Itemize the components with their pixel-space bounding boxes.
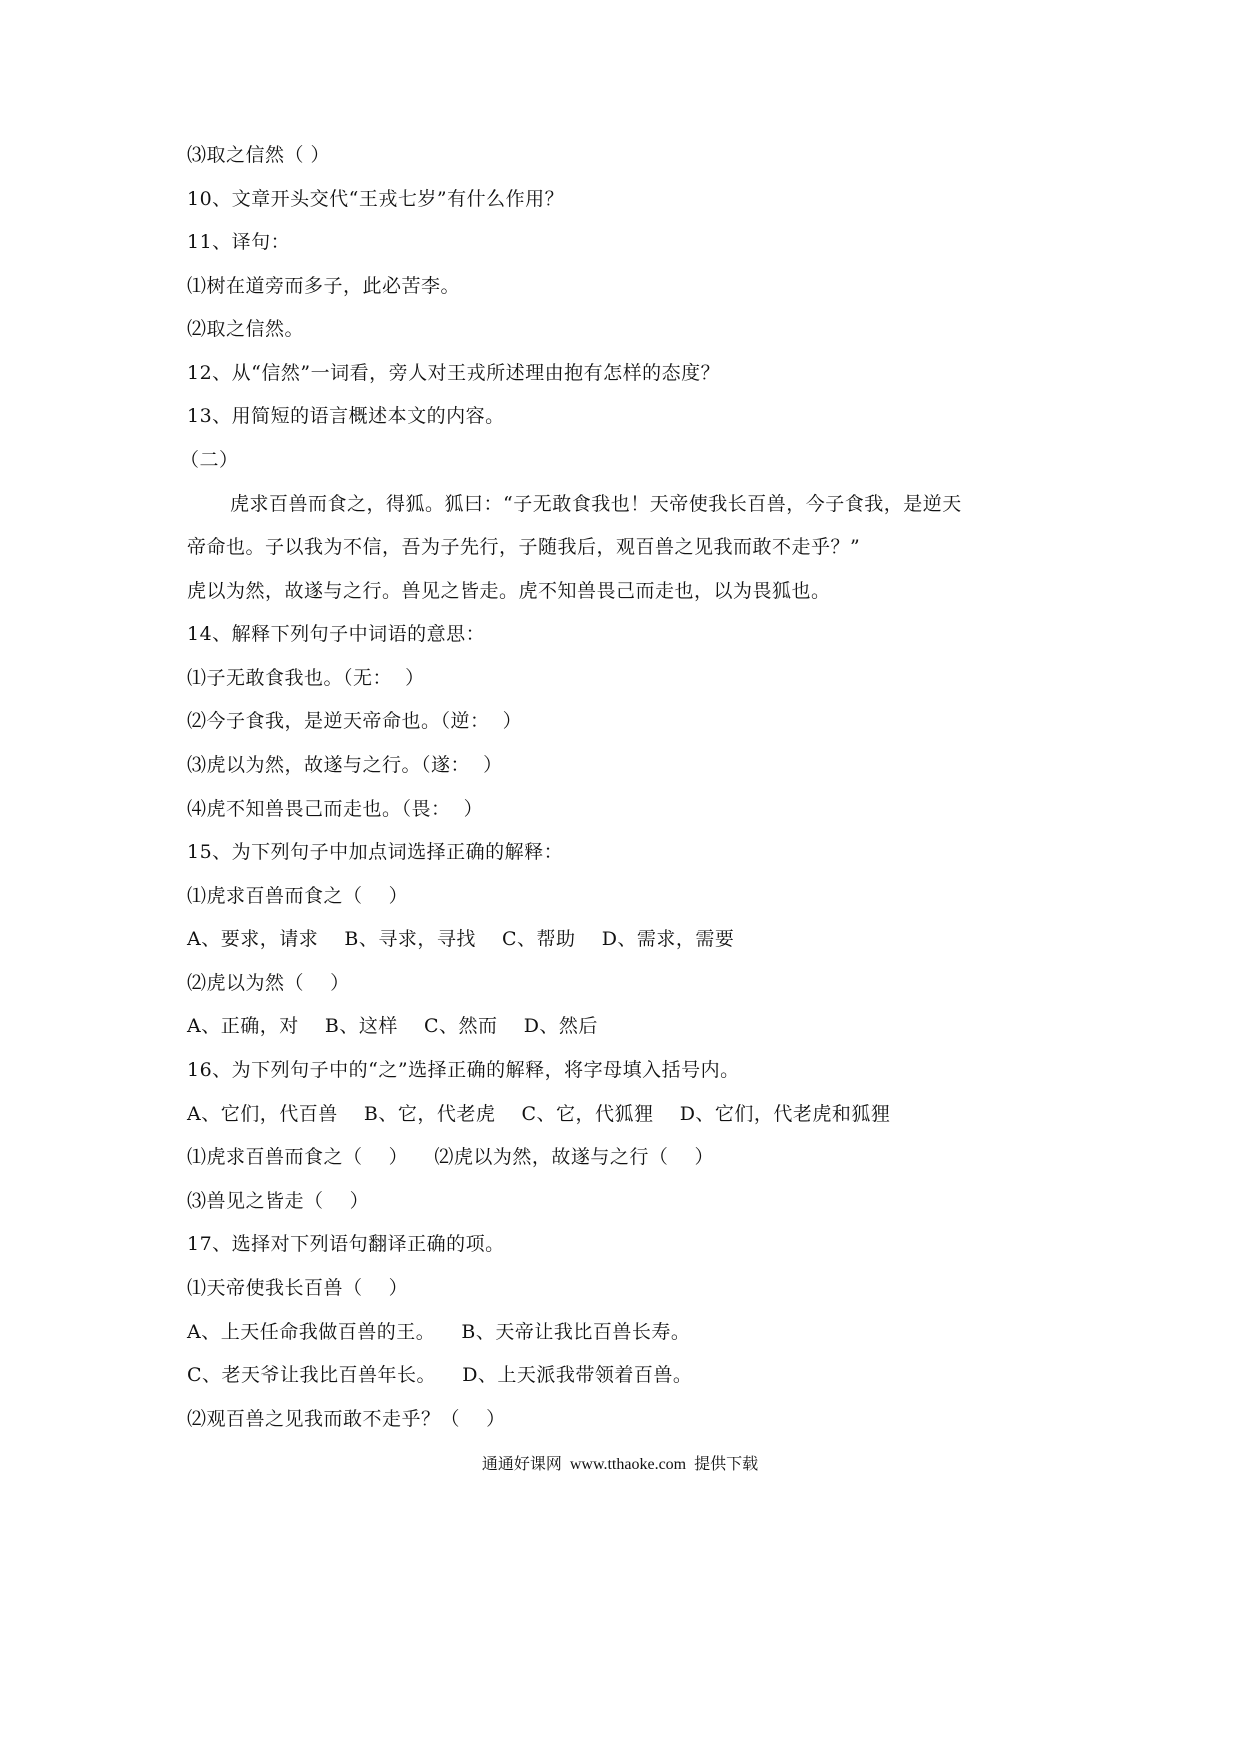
question-9-item-3: ⑶取之信然（ ） (187, 143, 330, 167)
question-14-item-2: ⑵今子食我，是逆天帝命也。（逆： ） (187, 709, 522, 733)
question-14-item-4: ⑷虎不知兽畏己而走也。（畏： ） (187, 797, 483, 821)
question-16-options: A、它们，代百兽 B、它，代老虎 C、它，代狐狸 D、它们，代老虎和狐狸 (187, 1102, 890, 1126)
question-17: 17、选择对下列语句翻译正确的项。 (187, 1232, 505, 1256)
question-16: 16、为下列句子中的“之”选择正确的解释，将字母填入括号内。 (187, 1058, 740, 1082)
document-page: ⑶取之信然（ ） 10、文章开头交代“王戎七岁”有什么作用？ 11、译句： ⑴树… (0, 0, 1240, 1754)
question-14: 14、解释下列句子中词语的意思： (187, 622, 485, 646)
question-15-item-2-options: A、正确，对 B、这样 C、然而 D、然后 (187, 1014, 598, 1038)
section-heading-2: （二） (180, 448, 239, 472)
question-15-item-1: ⑴虎求百兽而食之（ ） (187, 884, 408, 908)
question-15-item-1-options: A、要求，请求 B、寻求，寻找 C、帮助 D、需求，需要 (187, 927, 734, 951)
question-17-item-1: ⑴天帝使我长百兽（ ） (187, 1276, 408, 1300)
question-11-item-1: ⑴树在道旁而多子，此必苦李。 (187, 274, 460, 298)
question-13: 13、用简短的语言概述本文的内容。 (187, 404, 505, 428)
passage-line-2: 帝命也。子以我为不信，吾为子先行，子随我后，观百兽之见我而敢不走乎？” (187, 535, 860, 559)
question-17-item-1-options-cd: C、老天爷让我比百兽年长。 D、上天派我带领着百兽。 (187, 1363, 692, 1387)
question-15-item-2: ⑵虎以为然（ ） (187, 971, 350, 995)
passage-line-1: 虎求百兽而食之，得狐。狐曰：“子无敢食我也！天帝使我长百兽，今子食我，是逆天 (230, 492, 962, 516)
question-17-item-1-options-ab: A、上天任命我做百兽的王。 B、天帝让我比百兽长寿。 (187, 1320, 690, 1344)
question-14-item-1: ⑴子无敢食我也。（无： ） (187, 666, 425, 690)
question-14-item-3: ⑶虎以为然，故遂与之行。（遂： ） (187, 753, 503, 777)
question-10: 10、文章开头交代“王戎七岁”有什么作用？ (187, 187, 564, 211)
question-16-item-3: ⑶兽见之皆走（ ） (187, 1189, 369, 1213)
question-17-item-2: ⑵观百兽之见我而敢不走乎？（ ） (187, 1407, 506, 1431)
question-11: 11、译句： (187, 230, 290, 254)
question-16-items-1-2: ⑴虎求百兽而食之（ ） ⑵虎以为然，故遂与之行（ ） (187, 1145, 714, 1169)
question-11-item-2: ⑵取之信然。 (187, 317, 304, 341)
question-12: 12、从“信然”一词看，旁人对王戎所述理由抱有怎样的态度？ (187, 361, 720, 385)
page-footer: 通通好课网 www.tthaoke.com 提供下载 (0, 1455, 1240, 1475)
question-15: 15、为下列句子中加点词选择正确的解释： (187, 840, 563, 864)
passage-line-3: 虎以为然，故遂与之行。兽见之皆走。虎不知兽畏己而走也，以为畏狐也。 (187, 579, 831, 603)
